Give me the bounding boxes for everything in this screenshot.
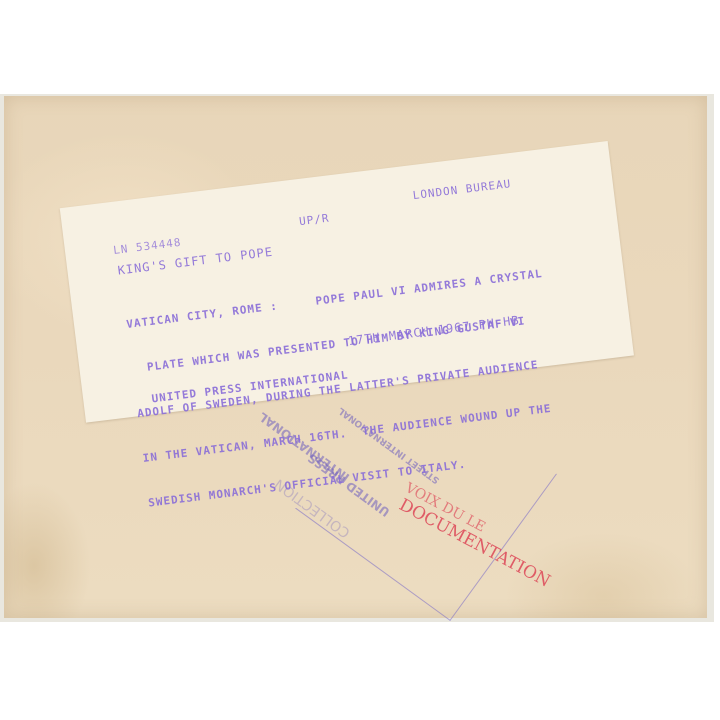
agency-code: UP/R bbox=[298, 212, 330, 229]
bureau-name: LONDON BUREAU bbox=[412, 177, 512, 202]
reference-number: LN 534448 bbox=[112, 236, 182, 257]
